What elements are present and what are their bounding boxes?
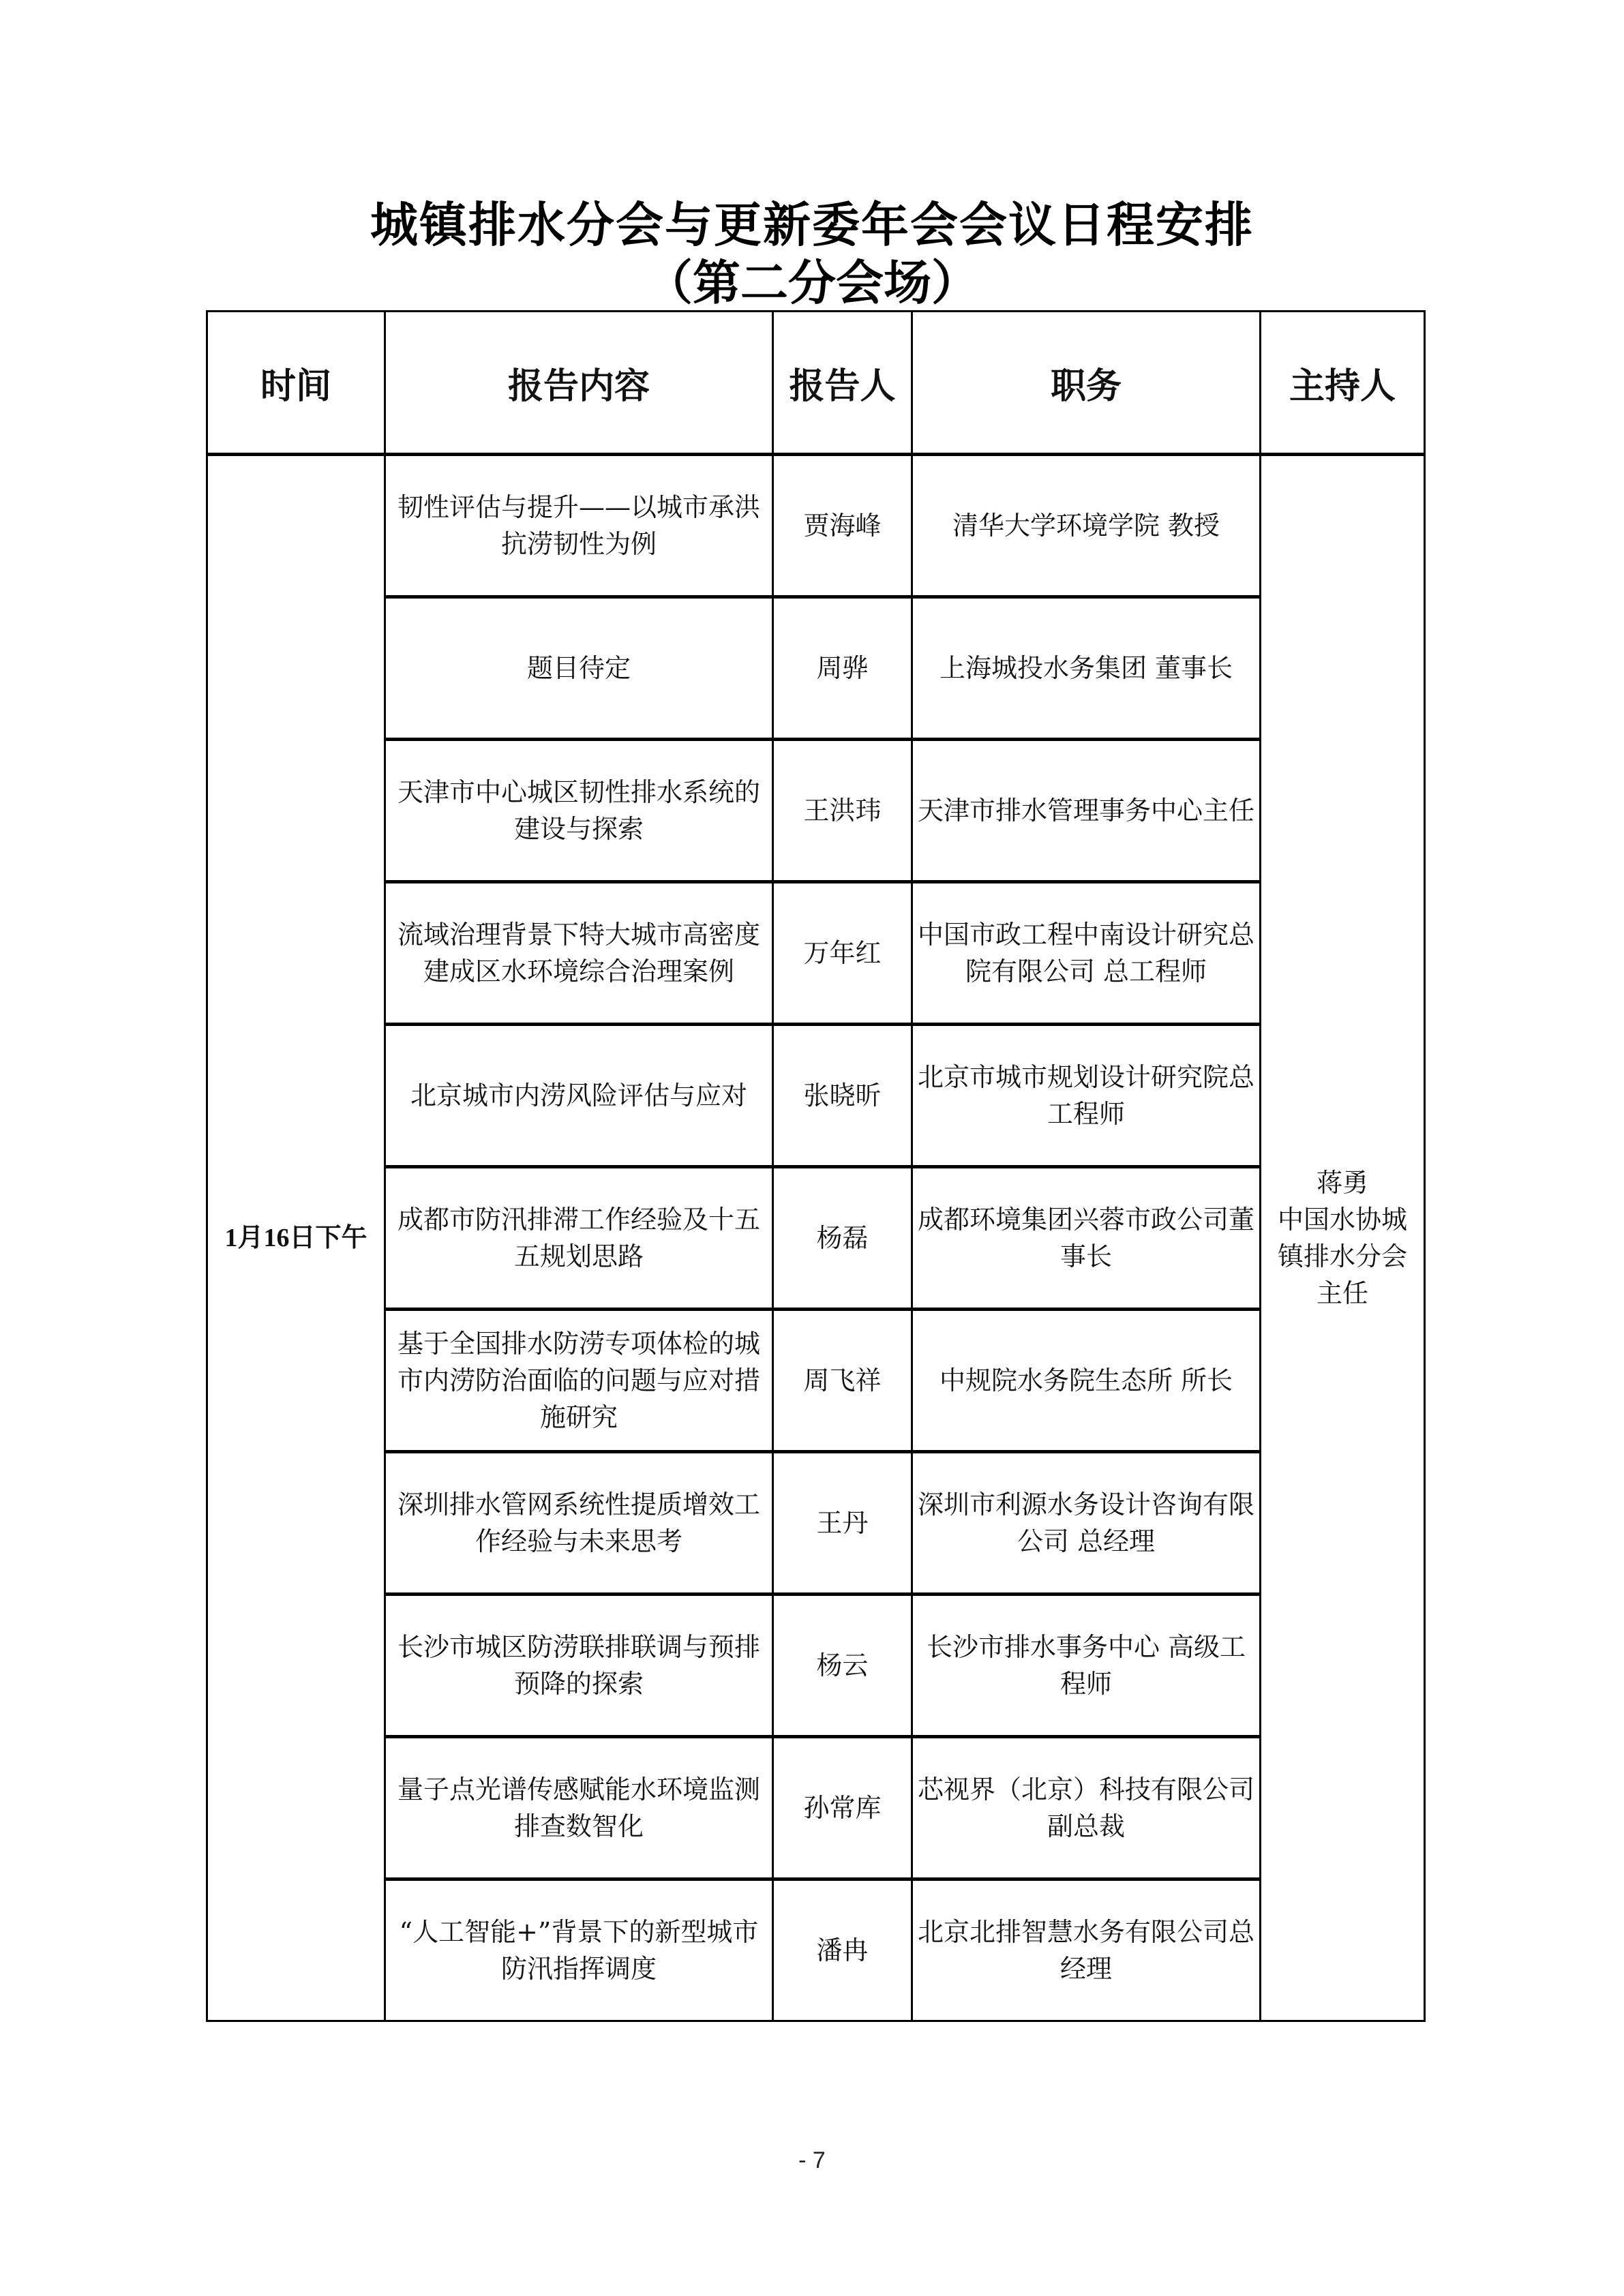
speaker-name: 周骅 (773, 597, 912, 740)
speaker-name: 贾海峰 (773, 455, 912, 597)
report-topic: 北京城市内涝风险评估与应对 (385, 1025, 773, 1167)
host-title-line2: 镇排水分会 (1265, 1238, 1419, 1275)
speaker-position: 芯视界（北京）科技有限公司副总裁 (912, 1737, 1261, 1879)
table-header-row: 时间 报告内容 报告人 职务 主持人 (207, 312, 1425, 455)
host-name: 蒋勇 (1265, 1164, 1419, 1201)
speaker-position: 天津市排水管理事务中心主任 (912, 740, 1261, 882)
table-row: 北京城市内涝风险评估与应对 张晓昕 北京市城市规划设计研究院总工程师 (207, 1025, 1425, 1167)
speaker-position: 长沙市排水事务中心 高级工程师 (912, 1595, 1261, 1737)
table-row: 天津市中心城区韧性排水系统的建设与探索 王洪玮 天津市排水管理事务中心主任 (207, 740, 1425, 882)
page-number: - 7 (0, 2147, 1624, 2174)
report-topic: 基于全国排水防涝专项体检的城市内涝防治面临的问题与应对措施研究 (385, 1310, 773, 1452)
speaker-position: 北京北排智慧水务有限公司总经理 (912, 1879, 1261, 2021)
report-topic: 流域治理背景下特大城市高密度建成区水环境综合治理案例 (385, 882, 773, 1025)
report-topic: 天津市中心城区韧性排水系统的建设与探索 (385, 740, 773, 882)
speaker-name: 杨磊 (773, 1167, 912, 1310)
report-topic: 量子点光谱传感赋能水环境监测排查数智化 (385, 1737, 773, 1879)
host-title-line3: 主任 (1265, 1275, 1419, 1312)
document-title: 城镇排水分会与更新委年会会议日程安排 (0, 194, 1624, 256)
report-topic: 韧性评估与提升——以城市承洪抗涝韧性为例 (385, 455, 773, 597)
report-topic: 题目待定 (385, 597, 773, 740)
host-cell: 蒋勇 中国水协城 镇排水分会 主任 (1261, 455, 1425, 2021)
table-row: 1月16日下午 韧性评估与提升——以城市承洪抗涝韧性为例 贾海峰 清华大学环境学… (207, 455, 1425, 597)
speaker-position: 上海城投水务集团 董事长 (912, 597, 1261, 740)
host-title-line1: 中国水协城 (1265, 1201, 1419, 1238)
table-row: 量子点光谱传感赋能水环境监测排查数智化 孙常库 芯视界（北京）科技有限公司副总裁 (207, 1737, 1425, 1879)
speaker-position: 清华大学环境学院 教授 (912, 455, 1261, 597)
header-time: 时间 (207, 312, 385, 455)
report-topic: 长沙市城区防涝联排联调与预排预降的探索 (385, 1595, 773, 1737)
speaker-name: 万年红 (773, 882, 912, 1025)
table-row: 题目待定 周骅 上海城投水务集团 董事长 (207, 597, 1425, 740)
table-row: 基于全国排水防涝专项体检的城市内涝防治面临的问题与应对措施研究 周飞祥 中规院水… (207, 1310, 1425, 1452)
session-time: 1月16日下午 (207, 455, 385, 2021)
header-topic: 报告内容 (385, 312, 773, 455)
speaker-name: 张晓昕 (773, 1025, 912, 1167)
report-topic: 成都市防汛排滞工作经验及十五五规划思路 (385, 1167, 773, 1310)
header-host: 主持人 (1261, 312, 1425, 455)
report-topic: 深圳排水管网系统性提质增效工作经验与未来思考 (385, 1452, 773, 1595)
header-position: 职务 (912, 312, 1261, 455)
speaker-name: 王洪玮 (773, 740, 912, 882)
speaker-position: 成都环境集团兴蓉市政公司董事长 (912, 1167, 1261, 1310)
speaker-name: 杨云 (773, 1595, 912, 1737)
header-speaker: 报告人 (773, 312, 912, 455)
table-row: 成都市防汛排滞工作经验及十五五规划思路 杨磊 成都环境集团兴蓉市政公司董事长 (207, 1167, 1425, 1310)
speaker-position: 中国市政工程中南设计研究总院有限公司 总工程师 (912, 882, 1261, 1025)
speaker-name: 王丹 (773, 1452, 912, 1595)
table-row: “人工智能+”背景下的新型城市防汛指挥调度 潘冉 北京北排智慧水务有限公司总经理 (207, 1879, 1425, 2021)
table-row: 流域治理背景下特大城市高密度建成区水环境综合治理案例 万年红 中国市政工程中南设… (207, 882, 1425, 1025)
speaker-name: 潘冉 (773, 1879, 912, 2021)
document-subtitle: （第二分会场） (0, 252, 1624, 314)
speaker-position: 北京市城市规划设计研究院总工程师 (912, 1025, 1261, 1167)
table-row: 长沙市城区防涝联排联调与预排预降的探索 杨云 长沙市排水事务中心 高级工程师 (207, 1595, 1425, 1737)
table-row: 深圳排水管网系统性提质增效工作经验与未来思考 王丹 深圳市利源水务设计咨询有限公… (207, 1452, 1425, 1595)
report-topic: “人工智能+”背景下的新型城市防汛指挥调度 (385, 1879, 773, 2021)
speaker-name: 周飞祥 (773, 1310, 912, 1452)
speaker-position: 中规院水务院生态所 所长 (912, 1310, 1261, 1452)
speaker-name: 孙常库 (773, 1737, 912, 1879)
schedule-table: 时间 报告内容 报告人 职务 主持人 1月16日下午 韧性评估与提升——以城市承… (206, 310, 1426, 2022)
speaker-position: 深圳市利源水务设计咨询有限公司 总经理 (912, 1452, 1261, 1595)
